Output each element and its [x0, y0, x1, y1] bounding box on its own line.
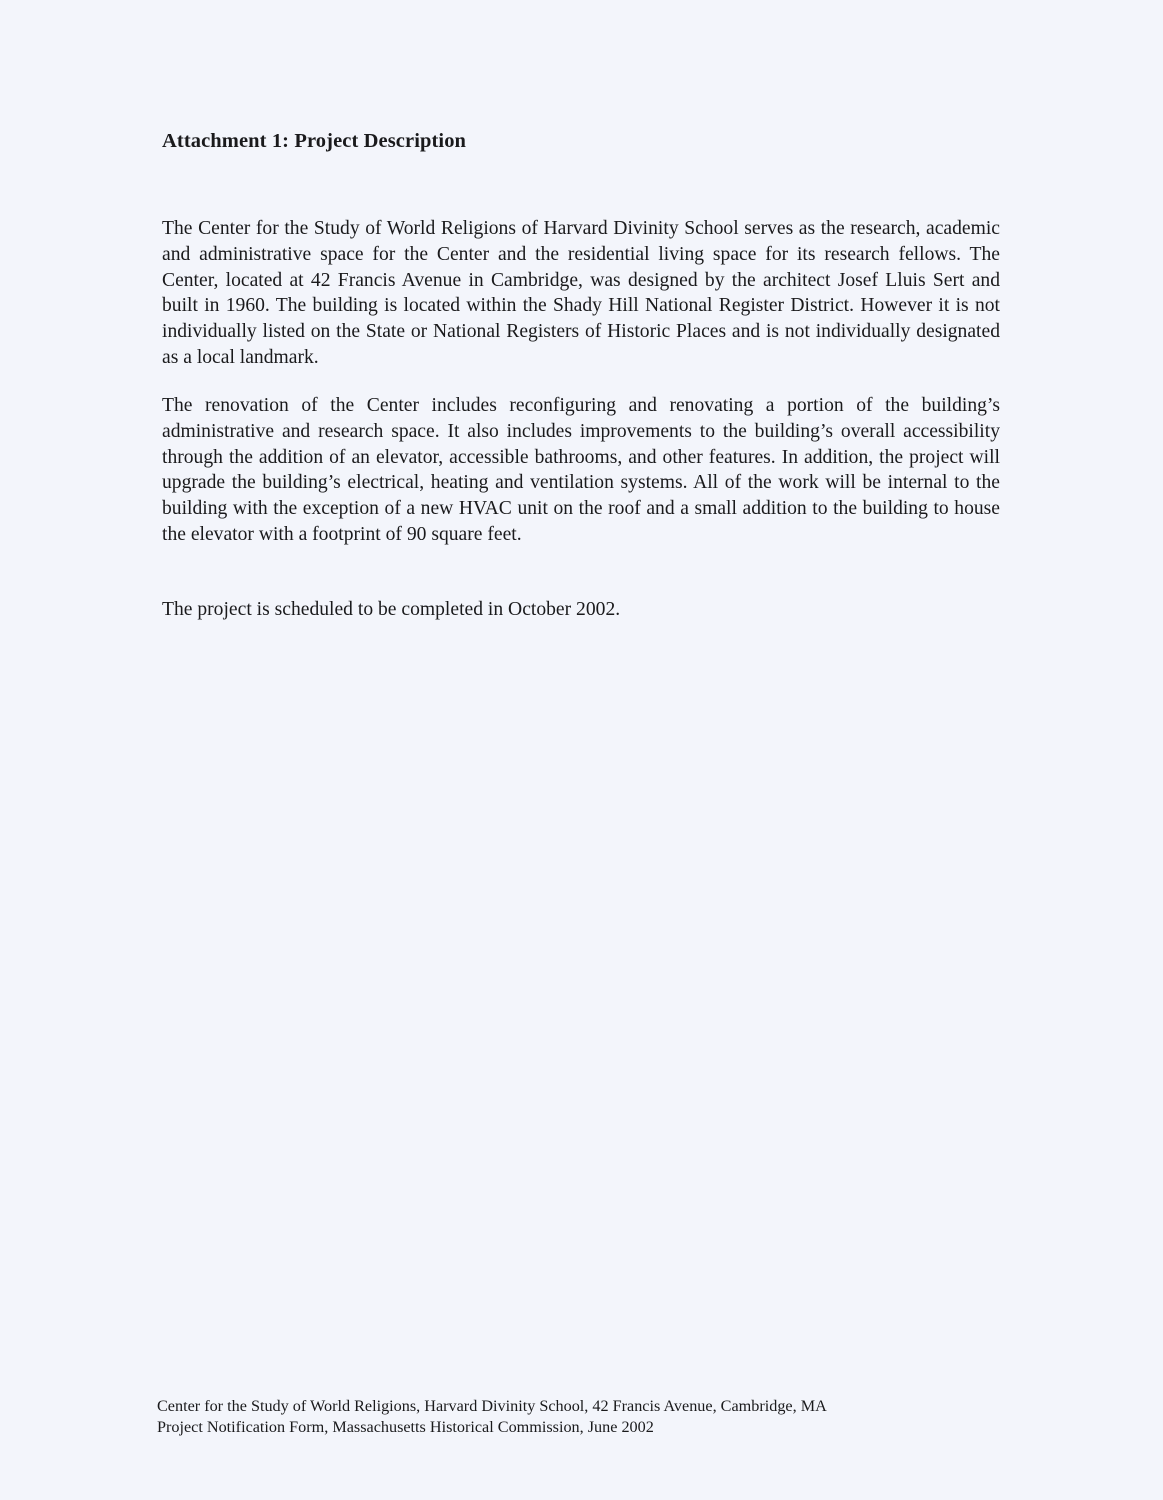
footer-address-line: Center for the Study of World Religions,…: [157, 1396, 827, 1417]
paragraph-completion-date: The project is scheduled to be completed…: [162, 597, 1000, 623]
document-page: Attachment 1: Project Description The Ce…: [0, 0, 1163, 1500]
paragraph-renovation-scope: The renovation of the Center includes re…: [162, 393, 1000, 548]
page-title: Attachment 1: Project Description: [162, 130, 466, 153]
page-footer: Center for the Study of World Religions,…: [157, 1396, 827, 1438]
footer-form-line: Project Notification Form, Massachusetts…: [157, 1417, 827, 1438]
paragraph-building-description: The Center for the Study of World Religi…: [162, 216, 1000, 371]
